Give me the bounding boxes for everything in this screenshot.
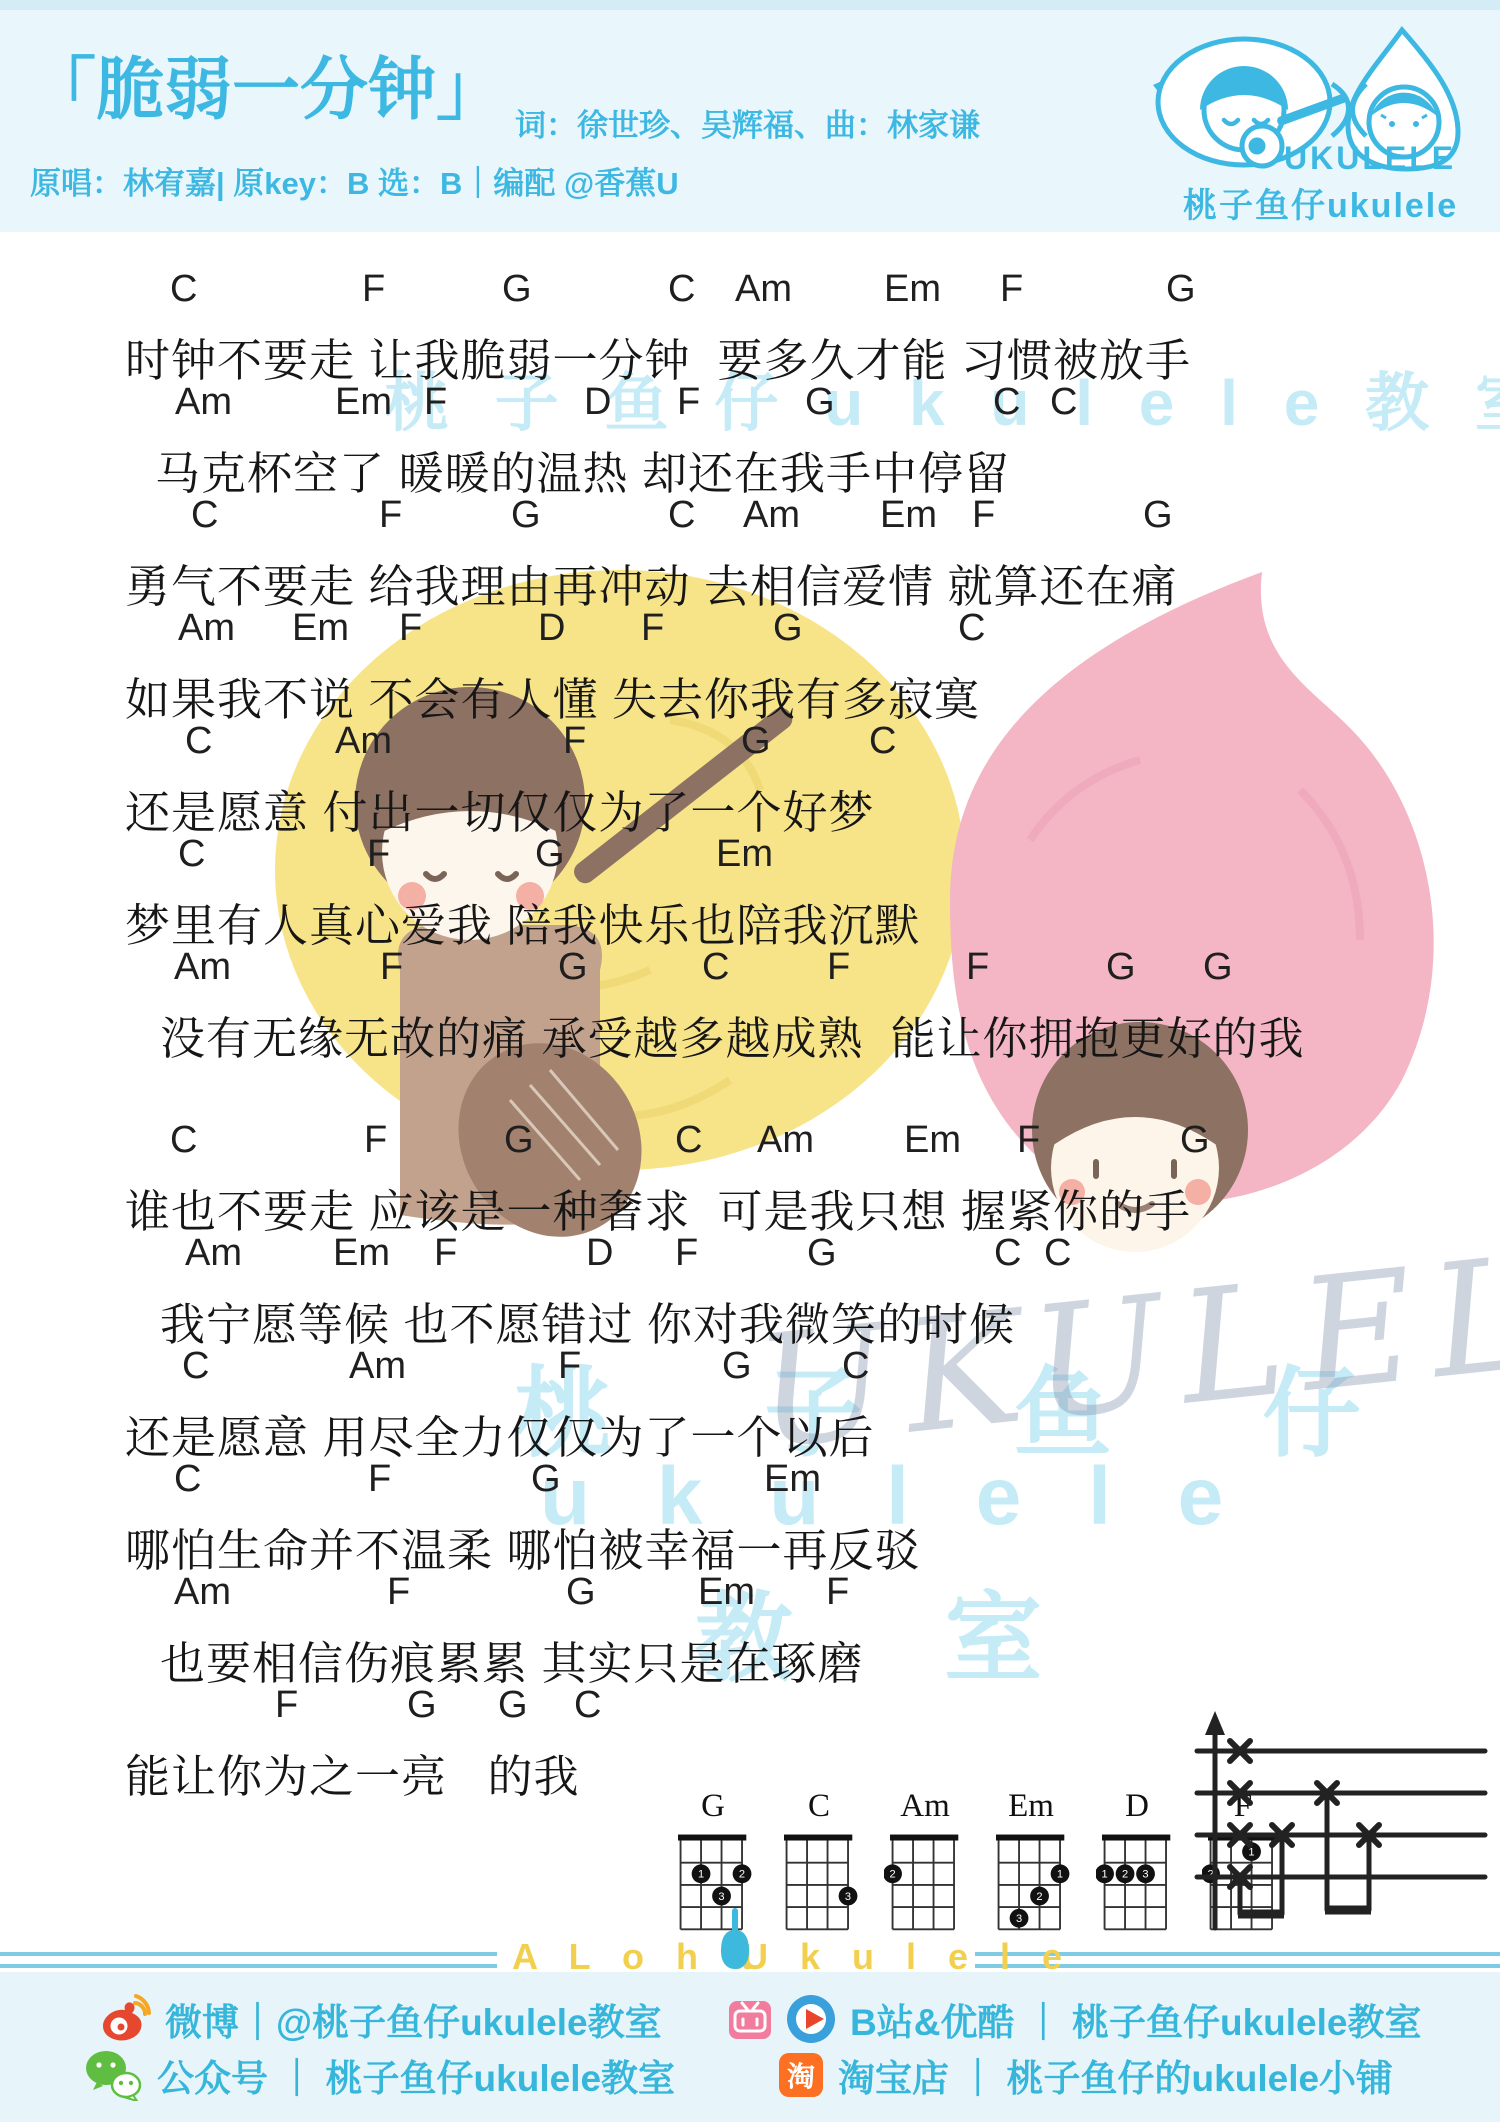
chord-row: AmEmFDFGCC [125,381,1455,437]
chord-label: Em [698,1571,755,1614]
svg-text:2: 2 [889,1869,895,1881]
chord-label: G [805,381,835,424]
svg-text:3: 3 [845,1891,851,1903]
footer-weibo-label: 微博｜@桃子鱼仔ukulele教室 [165,1992,662,2046]
chord-label: G [1203,946,1233,989]
chord-label: F [563,720,586,763]
song-line: AmEmFDFGCC我宁愿等候 也不愿错过 你对我微笑的时候 [125,1232,1455,1345]
song-lines: CFGCAmEmFG时钟不要走 让我脆弱一分钟 要多久才能 习惯被放手AmEmF… [125,268,1455,1797]
chord-label: C [702,946,729,989]
chord-label: C [1044,1232,1071,1275]
chord-label: G [807,1232,837,1275]
chord-label: G [722,1345,752,1388]
chord-diagram-name: C [778,1788,860,1826]
chord-label: C [842,1345,869,1388]
taobao-icon: 淘 [778,2052,824,2098]
lyric-line: 勇气不要走 给我理由再冲动 去相信爱情 就算还在痛 [125,550,1455,607]
chord-label: G [1166,268,1196,311]
chord-diagram-Am: Am2 [884,1788,966,1942]
chord-label: Em [333,1232,390,1275]
svg-text:UKULELE: UKULELE [1284,140,1456,174]
brand-name: 桃子鱼仔ukulele [1183,178,1458,227]
chord-row: AmFGEmF [125,1571,1455,1627]
weibo-icon [95,1994,151,2044]
chord-diagram-name: Am [884,1788,966,1826]
chord-label: C [1050,381,1077,424]
song-meta: 原唱：林宥嘉| 原key：B 选：B｜编配 @香蕉U [30,158,679,203]
chord-label: F [675,1232,698,1275]
lyric-line: 马克杯空了 暖暖的温热 却还在我手中停留 [125,437,1455,494]
song-line: CFGCAmEmFG勇气不要走 给我理由再冲动 去相信爱情 就算还在痛 [125,494,1455,607]
footer-wechat-label: 公众号 ｜ 桃子鱼仔ukulele教室 [157,2048,675,2102]
chord-row: CFGEm [125,1458,1455,1514]
chord-label: C [668,268,695,311]
chord-label: Am [174,1571,231,1614]
play-icon [786,1994,836,2044]
lyric-line: 梦里有人真心爱我 陪我快乐也陪我沉默 [125,889,1455,946]
chord-label: G [566,1571,596,1614]
song-line: CAmFGC还是愿意 用尽全力仅仅为了一个以后 [125,1345,1455,1458]
chord-label: F [966,946,989,989]
chord-label: Em [880,494,937,537]
song-line: CFGCAmEmFG谁也不要走 应该是一种奢求 可是我只想 握紧你的手 [125,1119,1455,1232]
chord-label: F [368,1458,391,1501]
svg-text:2: 2 [739,1869,745,1881]
song-line: CAmFGC还是愿意 付出一切仅仅为了一个好梦 [125,720,1455,833]
lyric-line: 哪怕生命并不温柔 哪怕被幸福一再反驳 [125,1514,1455,1571]
chord-label: F [379,494,402,537]
chord-label: F [362,268,385,311]
lyric-line: 我宁愿等候 也不愿错过 你对我微笑的时候 [125,1288,1455,1345]
song-line: AmEmFDFGC如果我不说 不会有人懂 失去你我有多寂寞 [125,607,1455,720]
lyric-line: 谁也不要走 应该是一种奢求 可是我只想 握紧你的手 [125,1175,1455,1232]
chord-label: Am [735,268,792,311]
chord-label: G [504,1119,534,1162]
chord-diagram-Em: Em123 [990,1788,1072,1942]
song-line: AmEmFDFGCC马克杯空了 暖暖的温热 却还在我手中停留 [125,381,1455,494]
footer-bilibili-youku: B站&优酷 ｜ 桃子鱼仔ukulele教室 [728,1992,1422,2046]
chord-row: CAmFGC [125,1345,1455,1401]
lyric-line: 没有无缘无故的痛 承受越多越成熟 能让你拥抱更好的我 [125,1002,1455,1059]
song-line: AmFGEmF也要相信伤痕累累 其实只是在琢磨 [125,1571,1455,1684]
chord-label: F [434,1232,457,1275]
chord-label: G [535,833,565,876]
chord-sheet-page: 桃 子 鱼 仔 u k u l e l e 教 室 桃 子 鱼 仔 u k u … [0,0,1500,2122]
chord-label: C [178,833,205,876]
svg-text:2: 2 [1036,1891,1042,1903]
chord-label: G [1180,1119,1210,1162]
chord-label: Am [335,720,392,763]
chord-diagram-D: D123 [1096,1788,1178,1942]
chord-label: Am [174,946,231,989]
lyric-line: 还是愿意 付出一切仅仅为了一个好梦 [125,776,1455,833]
chord-label: F [677,381,700,424]
svg-text:1: 1 [698,1869,704,1881]
chord-row: CFGCAmEmFG [125,268,1455,324]
chord-label: F [424,381,447,424]
footer-weibo: 微博｜@桃子鱼仔ukulele教室 [95,1992,662,2046]
chord-label: C [668,494,695,537]
chord-label: G [511,494,541,537]
footer-bilibili-label: B站&优酷 ｜ 桃子鱼仔ukulele教室 [850,1992,1422,2046]
svg-text:3: 3 [718,1891,724,1903]
chord-label: Em [884,268,941,311]
chord-row: AmFGCFFGG [125,946,1455,1002]
chord-label: D [586,1232,613,1275]
chord-label: F [826,1571,849,1614]
chord-diagram-C: C3 [778,1788,860,1942]
ukulele-icon [718,1908,752,1970]
chord-label: C [174,1458,201,1501]
chord-row: CFGCAmEmFG [125,494,1455,550]
chord-label: Em [716,833,773,876]
wechat-icon [85,2049,143,2101]
chord-label: Em [335,381,392,424]
chord-label: C [675,1119,702,1162]
chord-label: F [387,1571,410,1614]
chord-diagram-name: Em [990,1788,1072,1826]
chord-label: G [741,720,771,763]
brand-logo: UKULELE [1150,22,1480,174]
lyric-line: 如果我不说 不会有人懂 失去你我有多寂寞 [125,663,1455,720]
chord-label: G [407,1684,437,1727]
chord-label: Am [349,1345,406,1388]
chord-label: F [1017,1119,1040,1162]
chord-label: F [827,946,850,989]
lyric-line: 时钟不要走 让我脆弱一分钟 要多久才能 习惯被放手 [125,324,1455,381]
song-line: CFGCAmEmFG时钟不要走 让我脆弱一分钟 要多久才能 习惯被放手 [125,268,1455,381]
chord-label: F [641,607,664,650]
chord-label: G [773,607,803,650]
chord-label: C [574,1684,601,1727]
svg-text:1: 1 [1057,1869,1063,1881]
bilibili-icon [728,1997,772,2041]
song-line: CFGEm梦里有人真心爱我 陪我快乐也陪我沉默 [125,833,1455,946]
chord-label: Em [292,607,349,650]
svg-text:1: 1 [1101,1869,1107,1881]
strum-pattern [1185,1703,1495,1938]
divider-text-ukulele: U k u l e l e [742,1936,1073,1978]
chord-label: F [367,833,390,876]
chord-label: F [972,494,995,537]
footer-taobao-label: 淘宝店 ｜ 桃子鱼仔的ukulele小铺 [838,2048,1393,2102]
chord-label: Em [904,1119,961,1162]
chord-label: G [502,268,532,311]
chord-label: F [364,1119,387,1162]
svg-text:2: 2 [1122,1869,1128,1881]
chord-label: F [558,1345,581,1388]
chord-label: C [958,607,985,650]
song-line: AmFGCFFGG没有无缘无故的痛 承受越多越成熟 能让你拥抱更好的我 [125,946,1455,1059]
footer-wechat: 公众号 ｜ 桃子鱼仔ukulele教室 [85,2048,675,2102]
svg-text:3: 3 [1016,1913,1022,1925]
top-edge-strip [0,0,1500,10]
chord-label: G [1106,946,1136,989]
chord-label: D [584,381,611,424]
chord-diagram-name: G [672,1788,754,1826]
chord-label: G [558,946,588,989]
chord-label: C [185,720,212,763]
footer-taobao: 淘 淘宝店 ｜ 桃子鱼仔的ukulele小铺 [778,2048,1393,2102]
chord-row: AmEmFDFGCC [125,1232,1455,1288]
chord-label: F [1000,268,1023,311]
chord-label: F [380,946,403,989]
chord-row: CAmFGC [125,720,1455,776]
divider-line [0,1964,497,1968]
chord-label: C [191,494,218,537]
svg-text:3: 3 [1142,1869,1148,1881]
divider-line [0,1952,497,1956]
chord-label: C [170,268,197,311]
chord-label: F [399,607,422,650]
chord-label: Am [178,607,235,650]
chord-label: C [170,1119,197,1162]
chord-label: G [498,1684,528,1727]
chord-label: G [1143,494,1173,537]
chord-label: C [993,381,1020,424]
chord-label: D [538,607,565,650]
lyric-line: 还是愿意 用尽全力仅仅为了一个以后 [125,1401,1455,1458]
lyric-line: 也要相信伤痕累累 其实只是在琢磨 [125,1627,1455,1684]
chord-label: G [531,1458,561,1501]
song-credits: 词：徐世珍、吴辉福、曲：林家谦 [515,100,980,145]
chord-label: Am [743,494,800,537]
chord-label: Em [764,1458,821,1501]
chord-row: CFGEm [125,833,1455,889]
chord-label: C [994,1232,1021,1275]
chord-diagram-name: D [1096,1788,1178,1826]
chord-row: AmEmFDFGC [125,607,1455,663]
chord-label: C [869,720,896,763]
chord-label: Am [175,381,232,424]
svg-text:淘: 淘 [787,2061,815,2092]
song-title: 「脆弱一分钟」 [28,36,504,133]
chord-label: Am [757,1119,814,1162]
chord-label: F [275,1684,298,1727]
song-line: CFGEm哪怕生命并不温柔 哪怕被幸福一再反驳 [125,1458,1455,1571]
chord-label: Am [185,1232,242,1275]
chord-label: C [182,1345,209,1388]
chord-row: CFGCAmEmFG [125,1119,1455,1175]
